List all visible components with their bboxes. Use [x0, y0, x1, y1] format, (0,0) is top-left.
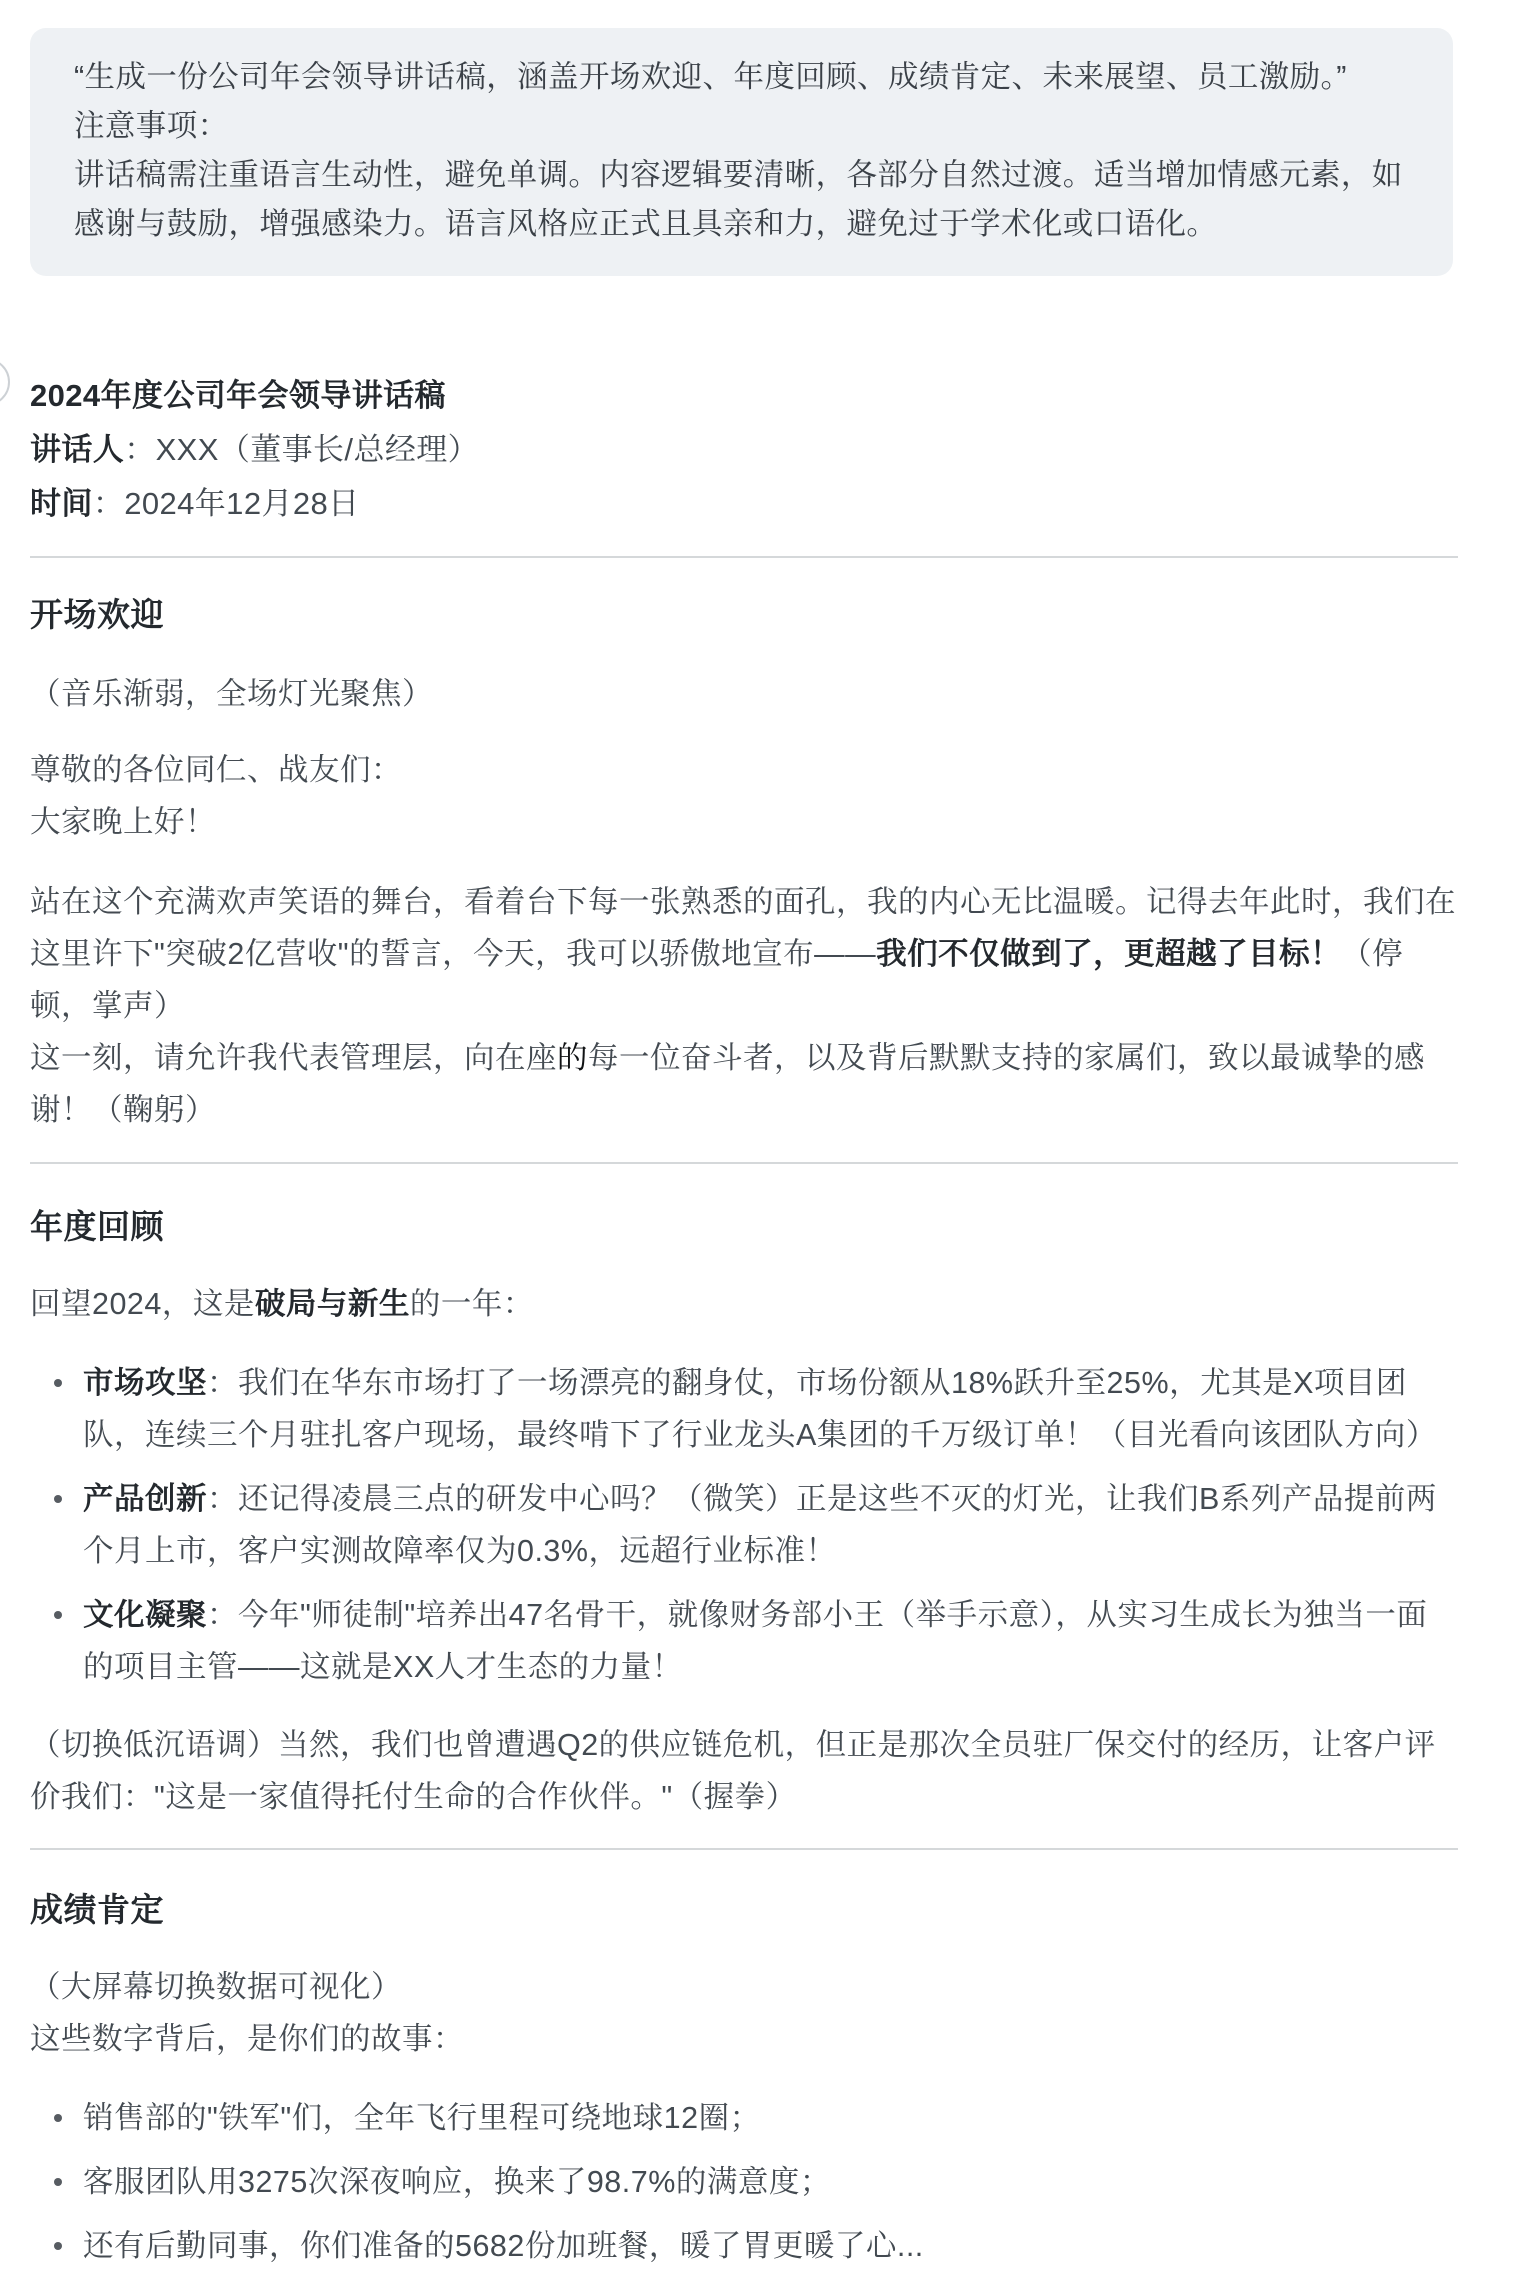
prompt-notes-label: 注意事项：	[74, 102, 1409, 151]
thanks-text-pre: 这一刻，请允许我代表管理层，向在座	[30, 1041, 557, 1075]
opening-bold-claim: 我们不仅做到了，更超越了目标！	[876, 937, 1341, 971]
list-item-product: 产品创新：还记得凌晨三点的研发中心吗？（微笑）正是这些不灭的灯光，让我们B系列产…	[30, 1473, 1458, 1577]
achievement-bullet-list: 销售部的"铁军"们，全年飞行里程可绕地球12圈； 客服团队用3275次深夜响应，…	[30, 2092, 1458, 2272]
bullet-text: ：我们在华东市场打了一场漂亮的翻身仗，市场份额从18%跃升至25%，尤其是X项目…	[83, 1366, 1437, 1452]
review-intro: 回望2024，这是破局与新生的一年：	[30, 1278, 1458, 1330]
bullet-dot-icon	[54, 1379, 62, 1387]
speaker-value: ：XXX（董事长/总经理）	[124, 432, 479, 467]
bullet-dot-icon	[54, 2114, 62, 2122]
bullet-text: ：今年"师徒制"培养出47名骨干，就像财务部小王（举手示意），从实习生成长为独当…	[83, 1598, 1427, 1684]
list-item-support: 客服团队用3275次深夜响应，换来了98.7%的满意度；	[30, 2156, 1458, 2208]
list-item-culture: 文化凝聚：今年"师徒制"培养出47名骨干，就像财务部小王（举手示意），从实习生成…	[30, 1589, 1458, 1693]
bullet-text: 还有后勤同事，你们准备的5682份加班餐，暖了胃更暖了心...	[83, 2229, 924, 2263]
greeting-line: 大家晚上好！	[30, 805, 216, 839]
section-heading-opening: 开场欢迎	[30, 592, 1458, 638]
stage-direction-achievement: （大屏幕切换数据可视化）	[30, 1970, 402, 2004]
speaker-line: 讲话人：XXX（董事长/总经理）	[30, 423, 1458, 477]
review-intro-bold: 破局与新生	[255, 1287, 410, 1321]
time-label: 时间	[30, 486, 93, 521]
time-line: 时间：2024年12月28日	[30, 477, 1458, 531]
opening-body-paragraph: 站在这个充满欢声笑语的舞台，看着台下每一张熟悉的面孔，我的内心无比温暖。记得去年…	[30, 876, 1458, 1136]
review-bullet-list: 市场攻坚：我们在华东市场打了一场漂亮的翻身仗，市场份额从18%跃升至25%，尤其…	[30, 1357, 1458, 1693]
section-divider	[30, 1162, 1458, 1164]
avatar-partial-circle	[0, 358, 10, 406]
text-cursor-char: 的	[557, 1041, 588, 1075]
review-outro-paragraph: （切换低沉语调）当然，我们也曾遭遇Q2的供应链危机，但正是那次全员驻厂保交付的经…	[30, 1719, 1458, 1823]
prompt-quote-line: “生成一份公司年会领导讲话稿，涵盖开场欢迎、年度回顾、成绩肯定、未来展望、员工激…	[74, 53, 1409, 102]
section-divider	[30, 1848, 1458, 1850]
bullet-text: ：还记得凌晨三点的研发中心吗？（微笑）正是这些不灭的灯光，让我们B系列产品提前两…	[83, 1482, 1437, 1568]
bullet-text: 销售部的"铁军"们，全年飞行里程可绕地球12圈；	[83, 2101, 761, 2135]
time-value: ：2024年12月28日	[93, 486, 360, 521]
bullet-lead: 产品创新	[83, 1482, 207, 1516]
speaker-label: 讲话人	[30, 432, 124, 467]
salutation-paragraph: 尊敬的各位同仁、战友们：大家晚上好！	[30, 744, 1458, 848]
stage-direction-opening: （音乐渐弱，全场灯光聚焦）	[30, 668, 1458, 720]
list-item-logistics: 还有后勤同事，你们准备的5682份加班餐，暖了胃更暖了心...	[30, 2220, 1458, 2272]
bullet-lead: 文化凝聚	[83, 1598, 207, 1632]
review-intro-pre: 回望2024，这是	[30, 1287, 255, 1321]
prompt-notes-body: 讲话稿需注重语言生动性，避免单调。内容逻辑要清晰，各部分自然过渡。适当增加情感元…	[74, 151, 1409, 249]
bullet-dot-icon	[54, 2178, 62, 2186]
section-heading-achievement: 成绩肯定	[30, 1887, 1458, 1933]
list-item-market: 市场攻坚：我们在华东市场打了一场漂亮的翻身仗，市场份额从18%跃升至25%，尤其…	[30, 1357, 1458, 1461]
bullet-dot-icon	[54, 1495, 62, 1503]
speech-document: 2024年度公司年会领导讲话稿 讲话人：XXX（董事长/总经理） 时间：2024…	[30, 369, 1458, 2272]
list-item-sales: 销售部的"铁军"们，全年飞行里程可绕地球12圈；	[30, 2092, 1458, 2144]
document-title: 2024年度公司年会领导讲话稿	[30, 369, 1458, 423]
bullet-dot-icon	[54, 2242, 62, 2250]
review-intro-post: 的一年：	[410, 1287, 534, 1321]
bullet-text: 客服团队用3275次深夜响应，换来了98.7%的满意度；	[83, 2165, 831, 2199]
prompt-box: “生成一份公司年会领导讲话稿，涵盖开场欢迎、年度回顾、成绩肯定、未来展望、员工激…	[30, 28, 1453, 276]
bullet-dot-icon	[54, 1611, 62, 1619]
bullet-lead: 市场攻坚	[83, 1366, 207, 1400]
salutation-line: 尊敬的各位同仁、战友们：	[30, 753, 402, 787]
achievement-lead-in: 这些数字背后，是你们的故事：	[30, 2022, 464, 2056]
section-divider	[30, 556, 1458, 558]
section-heading-review: 年度回顾	[30, 1204, 1458, 1250]
document-page: “生成一份公司年会领导讲话稿，涵盖开场欢迎、年度回顾、成绩肯定、未来展望、员工激…	[0, 0, 1536, 2272]
achievement-intro-paragraph: （大屏幕切换数据可视化）这些数字背后，是你们的故事：	[30, 1961, 1458, 2065]
